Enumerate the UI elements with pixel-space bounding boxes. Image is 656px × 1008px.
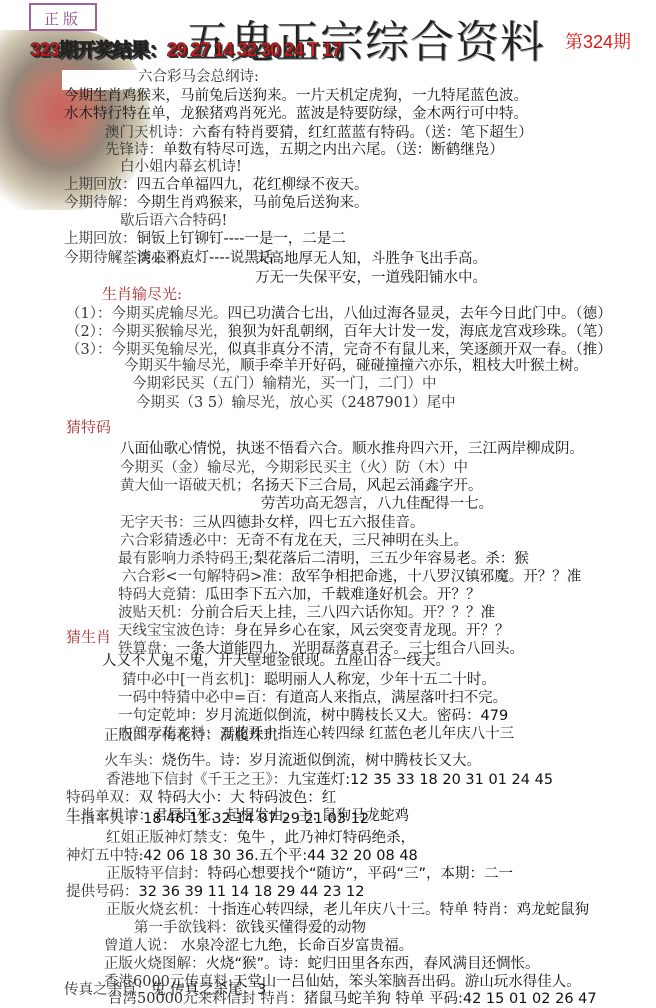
text: 顺手牵羊开好码，碰碰撞撞六亦乐，粗枝大叶猴土树。 (240, 358, 588, 374)
text: 兔牛 ，此乃神灯特码绝杀， (237, 830, 416, 846)
label: 十指平天下 (66, 811, 139, 827)
text: 狼狈为奸乱朝纲，百年大计发一发，海底龙宫戏珍珠。（笔） (227, 324, 611, 340)
zodiac-line: 第一手欲钱料：欲钱买懂得爱的动物 (134, 919, 366, 937)
text: 特码心想要找个“随访”，平码“三”，本期：二一 (208, 866, 514, 882)
label: 香港地下信封《千王之王》： (106, 772, 287, 788)
label: 正版四字梅花诗： (104, 728, 220, 744)
zodiac-line: 提供号码：32 36 39 11 14 18 29 44 23 12 (66, 883, 365, 901)
text: 聪明丽人人称宠，少年十五二十时。 (264, 672, 496, 688)
text: 今期生肖鸡猴来，马前兔后送狗来。 (137, 195, 369, 211)
code-line: 无字天书：三从四德卦女样，四七五六报佳音。 (120, 514, 425, 532)
label: 先锋诗： (105, 142, 163, 158)
section-heading: 歇后语六合特码! (120, 212, 227, 230)
zodiac-line: 台湾50000元来料信封 特肖：猪鼠马蛇羊狗 特单 平码:42 15 01 02… (108, 990, 597, 1008)
zodiac-line: 香港地下信封《千王之王》：九宝莲灯:12 35 33 18 20 31 01 2… (106, 771, 553, 789)
label: 台湾50000元来料信封 特肖： (108, 991, 304, 1007)
label: （2）：今期买猴输尽光， (66, 324, 227, 340)
lose-item: 今期买牛输尽光，顺手牵羊开好码，碰碰撞撞六亦乐，粗枝大叶猴土树。 (124, 357, 588, 375)
code-line: 劳苦功高无怨言，八九佳配得一七。 (261, 495, 493, 513)
label: 上期回放： (64, 177, 137, 193)
now-line: 今期待解：今期生肖鸡猴来，马前兔后送狗来。 (64, 194, 369, 212)
zodiac-line: 正版火烧玄机：十指连心转四绿，老儿年庆八十三。特单 特肖：鸡龙蛇鼠狗 (106, 901, 589, 919)
tail-line: 今期买（3 5）输尽光，放心买（2487901）尾中 (136, 394, 456, 412)
text: 岁月流逝似倒流，树中腾枝长又大。密码：479 (205, 708, 508, 724)
zodiac-line: 正版特平信封：特码心想要找个“随访”，平码“三”，本期：二一 (106, 865, 513, 883)
label: 正版火烧玄机： (106, 902, 208, 918)
label: 特码大竞猜： (118, 587, 205, 603)
label: 波贴天机： (118, 605, 191, 621)
label: 六合彩猜透必中： (120, 533, 236, 549)
label: 提供号码： (66, 884, 139, 900)
label: 黄大仙一语破天机； (120, 478, 251, 494)
text: 三从四德卦女样，四七五六报佳音。 (193, 515, 425, 531)
text: 天堂山一吕仙姑，笨头笨脑吾出码。游山玩水得佳人。 (233, 974, 581, 990)
text: 18 46 11 32 14 07 29 21 03 12 (139, 811, 370, 827)
zodiac-line: 一句定乾坤：岁月流逝似倒流，树中腾枝长又大。密码：479 (118, 707, 508, 725)
text: 烧伤牛。诗：岁月流逝似倒流，树中腾枝长又大。 (162, 753, 481, 769)
quanwan-label: 《荃湾来料》： (108, 250, 202, 268)
code-line: 特码大竞猜：瓜田李下五六加，千载难逢好机会。开？？ (118, 586, 481, 604)
text: 铜钣上钉铆钉----一是一，二是二 (137, 231, 346, 247)
label: 无字天书： (120, 515, 193, 531)
lose-item: （1）：今期买虎输尽光。四已功潢合七出，八仙过海各显灵，去年今日此门中。（德） (66, 305, 612, 323)
authentic-badge: 正版 (29, 3, 97, 31)
zodiac-line: 曾道人说： 水泉冷涩七九绝，长命百岁富贵福。 (104, 937, 413, 955)
zodiac-line: 一码中特猜中必中=百：有道高人来指点，满屋落叶扫不完。 (118, 689, 507, 707)
quanwan-line: 天高地厚无人知，斗胜争飞出手高。 (255, 250, 487, 268)
label: 正版特平信封： (106, 866, 208, 882)
label: 火车头： (104, 753, 162, 769)
section-heading: 猜生肖 (66, 628, 111, 646)
code-line: 黄大仙一语破天机；名扬天下三合局，风起云涌鑫字开。 (120, 477, 483, 495)
label: 神灯五中特: (66, 848, 143, 864)
macau-poem: 澳门天机诗：六畜有特肖要猜，红红蓝蓝有特码。（送：笔下超生） (105, 124, 533, 142)
code-line: 六合彩<一句解特码>准：敌军争相把命逃，十八罗汉镇邪魔。开？？准 (122, 568, 581, 586)
label: 特码单双： (66, 790, 139, 806)
issue-number: 第324期 (565, 28, 631, 54)
zodiac-line: 人又不人鬼不鬼，开天壁地金银现。五座山谷一线天。 (102, 652, 450, 670)
text: 四五合单福四九，花红柳绿不夜天。 (137, 177, 369, 193)
zodiac-line: 特码单双：双 特码大小：大 特码波色：红 (66, 789, 336, 807)
quanwan-line: 万无一失保平安，一道残阳铺水中。 (255, 269, 487, 287)
poem-line: 今期生肖鸡猴来，马前兔后送狗来。一片天机定虎狗，一九特尾蓝色波。 (64, 87, 528, 105)
label: 天线宝宝波色诗： (118, 623, 234, 639)
text: 身在异乡心在家，风云突变青龙现。开？？ (234, 623, 510, 639)
section-heading: 六合彩马会总纲诗: (138, 68, 259, 86)
zodiac-line: 正版火烧图解：火烧“猴”。诗：蛇归田里各东西，春风满目还惆怅。 (104, 955, 540, 973)
label: 一码中特猜中必中=百： (118, 690, 275, 706)
code-line: 天线宝宝波色诗：身在异乡心在家，风云突变青龙现。开？？ (118, 622, 510, 640)
text: 无奇不有龙在天，三尺神明在头上。 (236, 533, 468, 549)
text: 似真非真分不清，完奇不有鼠儿来，笑逐颜开双一春。（推） (227, 342, 611, 358)
text: 八面仙歌心情悦，执迷不悟看六合。顺水推舟四六开，三江两岸柳成阴。 (120, 441, 584, 457)
zodiac-line: 火车头：烧伤牛。诗：岁月流逝似倒流，树中腾枝长又大。 (104, 752, 481, 770)
text: 猪鼠马蛇羊狗 特单 平码:42 15 01 02 26 47 (304, 991, 597, 1007)
code-line: 最有影响力杀特码王;梨花落后二清明，三五少年容易老。杀：猴 (118, 550, 529, 568)
label: 澳门天机诗： (105, 125, 192, 141)
label: 一句定乾坤： (118, 708, 205, 724)
door-line: 今期彩民买（五门）输精光，买一门，二门）中 (132, 375, 437, 393)
code-line: 波贴天机：分前合后天上挂，三八四六话你知。开？？？准 (118, 604, 495, 622)
lose-item: （2）：今期买猴输尽光，狼狈为奸乱朝纲，百年大计发一发，海底龙宫戏珍珠。（笔） (66, 323, 612, 341)
text: 42 06 18 30 36.五个平:44 32 20 08 48 (143, 848, 417, 864)
label: 今期买牛输尽光， (124, 358, 240, 374)
zodiac-line: 红姐正版神灯禁支：兔牛 ，此乃神灯特码绝杀， (106, 829, 415, 847)
zodiac-line: 十指平天下 18 46 11 32 14 07 29 21 03 12 (66, 810, 369, 828)
prev-line: 上期回放：四五合单福四九，花红柳绿不夜天。 (64, 176, 369, 194)
label: 上期回放： (64, 231, 137, 247)
text: 六畜有特肖要猜，红红蓝蓝有特码。（送：笔下超生） (192, 125, 533, 141)
text: 欲钱买懂得爱的动物 (236, 920, 367, 936)
text: 32 36 39 11 14 18 29 44 23 12 (139, 884, 365, 900)
label: （3）：今期买兔输尽光， (66, 342, 227, 358)
text: 水泉冷涩七九绝，长命百岁富贵福。 (177, 938, 414, 954)
text: 有道高人来指点，满屋落叶扫不完。 (275, 690, 507, 706)
label: 红姐正版神灯禁支： (106, 830, 237, 846)
text: 双 特码大小：大 特码波色：红 (139, 790, 337, 806)
label: 第一手欲钱料： (134, 920, 236, 936)
section-heading: 生肖输尽光: (102, 285, 182, 303)
label: 六合彩<一句解特码>准： (122, 569, 291, 585)
text: 单数有特尽可选，五期之内出六尾。（送：断鹤继凫） (163, 142, 504, 158)
section-heading: 白小姐内幕玄机诗! (120, 158, 242, 176)
text: 满腹珠玑 (220, 728, 278, 744)
draw-result: 323期开奖结果：29 27 14 32 30 24 T 17 (30, 35, 341, 62)
text: 名扬天下三合局，风起云涌鑫字开。 (251, 478, 483, 494)
text: 十指连心转四绿，老儿年庆八十三。特单 特肖：鸡龙蛇鼠狗 (208, 902, 590, 918)
prev-line: 上期回放：铜钣上钉铆钉----一是一，二是二 (64, 230, 346, 248)
code-line: 今期买（金）输尽光，今期彩民买主（火）防（木）中 (120, 459, 468, 477)
text: 瓜田李下五六加，千载难逢好机会。开？？ (205, 587, 481, 603)
text: 火烧“猴”。诗：蛇归田里各东西，春风满目还惆怅。 (206, 956, 540, 972)
zodiac-line: 神灯五中特:42 06 18 30 36.五个平:44 32 20 08 48 (66, 847, 418, 865)
pioneer-poem: 先锋诗：单数有特尽可选，五期之内出六尾。（送：断鹤继凫） (105, 141, 504, 159)
label: 曾道人说： (104, 938, 177, 954)
code-line: 六合彩猜透必中：无奇不有龙在天，三尺神明在头上。 (120, 532, 468, 550)
poem-line: 水木特行特在单，龙猴猪鸡肖死光。蓝波是特要防绿，金木两行可中特。 (64, 105, 528, 123)
text: 四已功潢合七出，八仙过海各显灵，去年今日此门中。（德） (227, 306, 611, 322)
label: 猜中必中[一肖玄机]： (122, 672, 264, 688)
text: 梨花落后二清明，三五少年容易老。杀：猴 (253, 551, 529, 567)
text: 敌军争相把命逃，十八罗汉镇邪魔。开？？准 (291, 569, 581, 585)
label: 正版火烧图解： (104, 956, 206, 972)
code-line: 八面仙歌心情悦，执迷不悟看六合。顺水推舟四六开，三江两岸柳成阴。 (120, 440, 584, 458)
zodiac-line: 正版四字梅花诗：满腹珠玑 (104, 727, 278, 745)
label: 今期待解： (64, 195, 137, 211)
text: 九宝莲灯:12 35 33 18 20 31 01 24 45 (287, 772, 553, 788)
label: 最有影响力杀特码王; (118, 551, 253, 567)
section-heading: 猜特码 (66, 418, 111, 436)
text: 分前合后天上挂，三八四六话你知。开？？？准 (191, 605, 496, 621)
label: （1）：今期买虎输尽光。 (66, 306, 227, 322)
zodiac-line: 猜中必中[一肖玄机]：聪明丽人人称宠，少年十五二十时。 (122, 671, 496, 689)
